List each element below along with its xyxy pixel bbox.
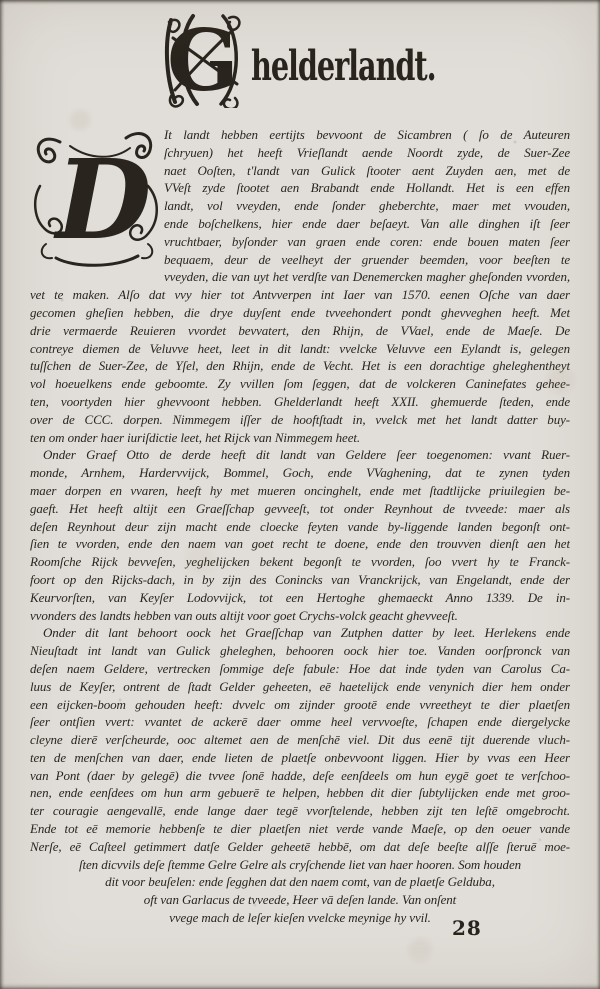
text-line: maer dorpen en vvaren, heeft hy met muer…: [30, 482, 570, 500]
text-line: ter couragie aengevallē, ende lange daer…: [30, 802, 570, 820]
text-line: Keurvorſten, van Keyſer Lodovvijck, tot …: [30, 589, 570, 607]
text-line: ende boſchelkens, hier ende daer beſaeyt…: [164, 215, 570, 233]
text-line: ten, voortyden hier ghevvoont hebben. Gh…: [30, 393, 570, 411]
text-line: nen, ende eenſdees om hun arm gebuerē te…: [30, 784, 570, 802]
drop-cap-icon: D: [30, 126, 164, 269]
text-line: vol hoeuelkens ende geboomte. Zy vvillen…: [30, 375, 570, 393]
text-line: deſen Reynhout deur zijn macht ende cloe…: [30, 518, 570, 536]
text-line: luus de Keyſer, ontrent de ſtadt Gelder …: [30, 678, 570, 696]
text-line: Nieuſtadt int landt van Gulick gheleghen…: [30, 642, 570, 660]
text-line: vvege mach de leſer kieſen vvelcke meyni…: [30, 909, 570, 927]
text-line: ten om onder haer iuriſdictie leet, het …: [30, 429, 570, 447]
text-line: ſchryuen) het heeft Vrieſlandt aende Noo…: [164, 144, 570, 162]
text-line: ten de menſchen van daer, ende lieten de…: [30, 749, 570, 767]
drop-cap-ornament: D: [30, 126, 164, 269]
book-page: G helderlandt. D: [0, 0, 600, 989]
text-line: naet Ooſten, t'landt van Gulick ſtooter …: [164, 162, 570, 180]
text-line: dit voor beuſelen: ende ſegghen dat den …: [30, 873, 570, 891]
text-line: vruchtbaer, byſonder van graen ende core…: [164, 233, 570, 251]
text-line: tuſſchen de Suer-Zee, de Yſel, den Rhijn…: [30, 357, 570, 375]
text-line: monde, Arnhem, Hardervvijck, Bommel, Goc…: [30, 464, 570, 482]
text-line: vveyden, die van uyt het verdſte van Den…: [164, 268, 570, 286]
text-line: landt, vol vveyden, ende ſonder gheberch…: [164, 197, 570, 215]
text-line: foort op den Rijcks-dach, in by zijn des…: [30, 571, 570, 589]
paragraph-3-tail: ſten dicvvils deſe ſtemme Gelre Gelre al…: [30, 856, 570, 927]
text-line: Onder Graef Otto de derde heeft dit land…: [30, 446, 570, 464]
page-number: 28: [452, 916, 482, 940]
text-line: It landt hebben eertijts bevvoont de Sic…: [164, 126, 570, 144]
text-line: een eijcken-boom gehouden heeft: dvvelc …: [30, 696, 570, 714]
page-title: helderlandt.: [251, 46, 436, 87]
text-line: van Pont (daer by gelegē) die tvvee ſonē…: [30, 767, 570, 785]
text-line: oft van Garlacus de tvveede, Heer vā deſ…: [30, 891, 570, 909]
text-line: vvonders des landts hebben van outs alti…: [30, 607, 570, 625]
text-line: deſen naem Geldere, vertrecken ſommige d…: [30, 660, 570, 678]
text-line: Ende tot eē memorie hebbenſe te dier pla…: [30, 820, 570, 838]
text-line: ſten dicvvils deſe ſtemme Gelre Gelre al…: [30, 856, 570, 874]
text-line: bequaem, deur de veelheyt der gruender b…: [164, 251, 570, 269]
body-text: D It landt hebben eertijts bevvoont de S…: [30, 126, 570, 927]
text-line: VVeſt zyde ſtootet aen Brabandt ende Hol…: [164, 179, 570, 197]
text-line: gecomen gheſien hebben, die drye duyſent…: [30, 304, 570, 322]
text-line: gaeft. Het heeft altijt een Graeſſchap g…: [30, 500, 570, 518]
text-line: contreye diemen de Veluvve heet, leet in…: [30, 340, 570, 358]
woodcut-initial-icon: G: [163, 12, 245, 108]
text-line: Roomſche Rijck bevveſen, yeghelijcken be…: [30, 553, 570, 571]
paragraph-3: Onder dit lant behoort oock het Graeſſch…: [30, 624, 570, 855]
title-initial-ornament: G: [163, 12, 245, 108]
text-line: ſeer ontſien vvert: vvantet de ackerē da…: [30, 713, 570, 731]
text-line: Nerſe, eē Caſteel getimmert datſe Gelder…: [30, 838, 570, 856]
text-line: ſien te vvorden, ende den naem van goet …: [30, 535, 570, 553]
text-line: vet te maken. Alſo dat vvy hier tot Antv…: [30, 286, 570, 304]
paragraph-2: Onder Graef Otto de derde heeft dit land…: [30, 446, 570, 606]
text-line: cleyne dierē verſcheurde, ooc altemet ae…: [30, 731, 570, 749]
text-line: drie vermaerde Reuieren vvordet bevvater…: [30, 322, 570, 340]
text-line: over de CCC. dorpen. Nimmegem iſſer de h…: [30, 411, 570, 429]
text-line: Onder dit lant behoort oock het Graeſſch…: [30, 624, 570, 642]
